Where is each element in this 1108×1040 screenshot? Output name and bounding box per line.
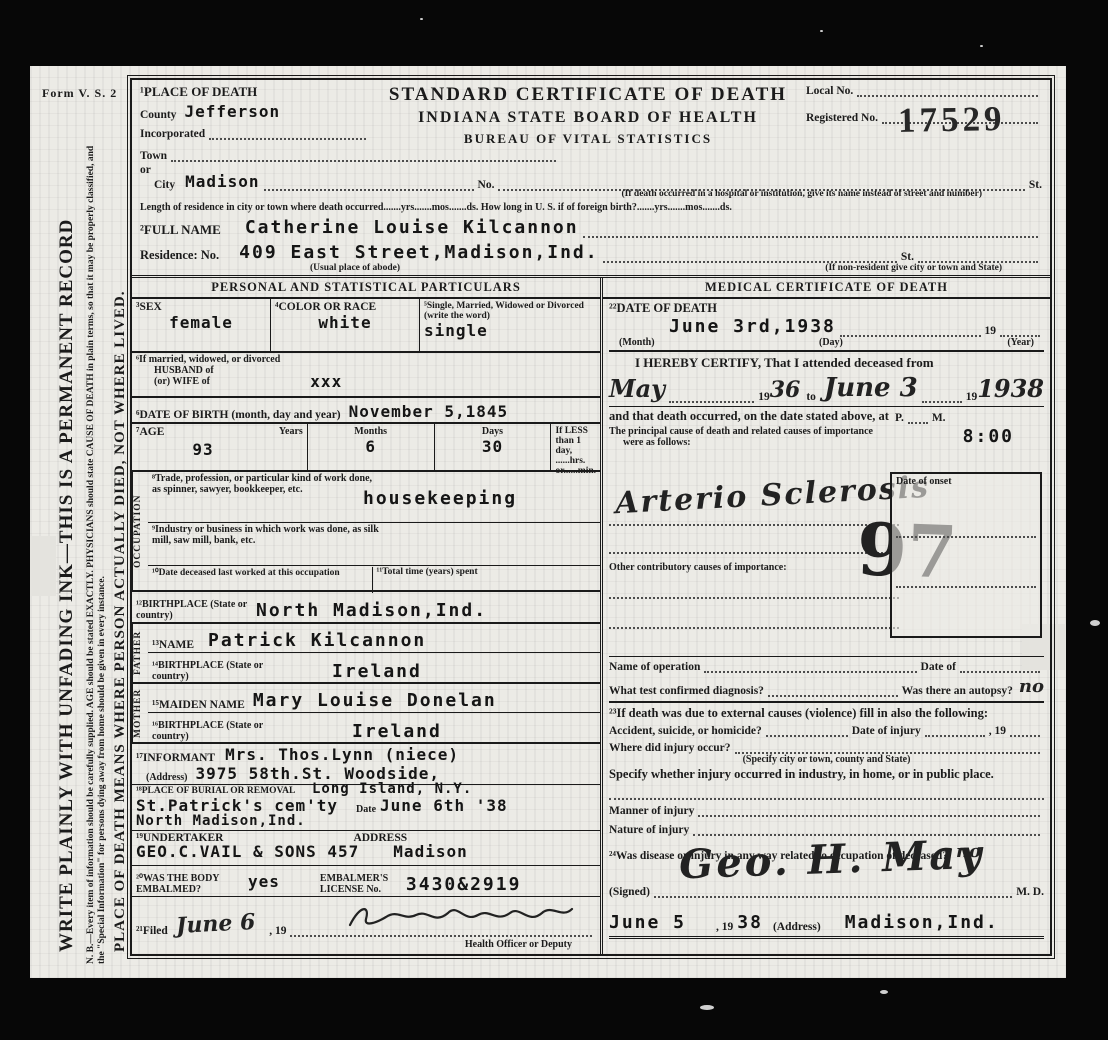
- dotted-leader: [840, 324, 981, 337]
- dotted-leader: [925, 725, 985, 738]
- health-officer-signature: [346, 899, 576, 933]
- color-label: ⁴COLOR OR RACE: [275, 301, 415, 313]
- informant-label: ¹⁷INFORMANT: [136, 752, 215, 764]
- months-label: Months: [312, 426, 430, 437]
- certify-text: I HEREBY CERTIFY, That I attended deceas…: [609, 355, 1044, 371]
- industry-label: ⁹Industry or business in which work was …: [152, 524, 392, 546]
- m-label: M.: [932, 412, 946, 424]
- principal-cause-label1: The principal cause of death and related…: [609, 426, 873, 437]
- scan-speck: [980, 45, 983, 47]
- nonresident-note: (If non-resident give city or town and S…: [825, 263, 1002, 273]
- health-officer-label: Health Officer or Deputy: [136, 939, 572, 950]
- local-no-label: Local No.: [806, 85, 853, 97]
- filed-19-preprint: , 19: [269, 925, 286, 937]
- embalmer-license-label: EMBALMER'S LICENSE No.: [320, 873, 406, 895]
- dotted-leader: [1000, 324, 1040, 337]
- date-of-onset-box: Date of onset: [890, 472, 1042, 638]
- embalmed-value: yes: [248, 872, 280, 891]
- scan-speck: [420, 18, 423, 20]
- month-label: (Month): [619, 337, 655, 348]
- father-name-value: Patrick Kilcannon: [208, 630, 426, 651]
- dotted-leader: [908, 411, 928, 424]
- margin-warning-line1: WRITE PLAINLY WITH UNFADING INK—THIS IS …: [56, 219, 78, 952]
- form-number: Form V. S. 2: [42, 86, 117, 101]
- marital-value: single: [424, 321, 596, 340]
- place-of-death-label: ¹PLACE OF DEATH: [140, 84, 370, 100]
- where-injury-note: (Specify city or town, county and State): [609, 754, 1044, 765]
- st-label: St.: [1029, 179, 1042, 191]
- husband-label2: HUSBAND of: [154, 365, 280, 376]
- county-label: County: [140, 109, 176, 121]
- informant-address-label: (Address): [146, 772, 187, 783]
- date-of-death-value: June 3rd,1938: [669, 316, 836, 337]
- day-label: (Day): [819, 337, 843, 348]
- autopsy-label: Was there an autopsy?: [902, 685, 1013, 697]
- dotted-leader: [603, 250, 897, 263]
- undertaker-value: GEO.C.VAIL & SONS 457: [136, 842, 359, 861]
- date-of-onset-label: Date of onset: [892, 474, 1040, 489]
- attended-from-hand: May: [609, 374, 665, 403]
- paper-edge-notch: [30, 536, 56, 596]
- nature-of-injury-label: Nature of injury: [609, 824, 689, 836]
- autopsy-hand: no: [1019, 676, 1044, 697]
- personal-title: PERSONAL AND STATISTICAL PARTICULARS: [132, 278, 600, 299]
- last-worked-label: ¹⁰Date deceased last worked at this occu…: [152, 567, 373, 593]
- father-birthplace-label: ¹⁴BIRTHPLACE (State or country): [152, 660, 272, 682]
- to-label: to: [806, 391, 816, 403]
- days-label: Days: [439, 426, 547, 437]
- dob-label: ⁶DATE OF BIRTH (month, day and year): [136, 409, 341, 421]
- bureau-title: BUREAU OF VITAL STATISTICS: [370, 131, 806, 147]
- year-label: (Year): [1007, 337, 1034, 348]
- informant-value: Mrs. Thos.Lynn (niece): [225, 745, 459, 764]
- embalmer-license-value: 3430&2919: [406, 874, 522, 895]
- embalmed-label: ²⁰WAS THE BODY EMBALMED?: [136, 873, 232, 895]
- color-value: white: [275, 313, 415, 332]
- form-header: ¹PLACE OF DEATH County Jefferson Incorpo…: [132, 80, 1050, 275]
- address-label: (Address): [773, 921, 821, 933]
- marital-label: ⁵Single, Married, Widowed or Divorced (w…: [424, 301, 596, 321]
- dotted-leader: [960, 660, 1040, 673]
- manner-of-injury-label: Manner of injury: [609, 805, 694, 817]
- dotted-leader: [735, 741, 1041, 754]
- accident-label: Accident, suicide, or homicide?: [609, 725, 762, 737]
- mother-name-value: Mary Louise Donelan: [253, 690, 497, 711]
- physician-signature-hand: Geo. H. May: [678, 830, 985, 888]
- dotted-leader: [209, 127, 366, 140]
- signed-label: (Signed): [609, 886, 650, 898]
- physician-signature-area: Geo. H. May (Signed) M. D.: [609, 862, 1044, 912]
- certificate-title: STANDARD CERTIFICATE OF DEATH: [370, 84, 806, 106]
- dob-value: November 5,1845: [349, 402, 509, 421]
- undertaker-address-value: Madison: [393, 842, 467, 861]
- dotted-leader: [609, 786, 1044, 800]
- md-label: M. D.: [1016, 886, 1044, 898]
- date-of-death-label: ²²DATE OF DEATH: [609, 301, 1044, 316]
- street-no-label: No.: [478, 179, 495, 191]
- date-of-label: Date of: [921, 661, 956, 673]
- birthplace-value: North Madison,Ind.: [256, 600, 487, 621]
- dotted-leader: [918, 250, 1038, 263]
- test-label: What test confirmed diagnosis?: [609, 685, 764, 697]
- principal-cause-label2: were as follows:: [623, 437, 873, 448]
- injury-date-label: Date of injury: [852, 725, 921, 737]
- dotted-leader: [768, 684, 898, 697]
- or-label: or: [140, 164, 151, 176]
- margin-warning-line2: N. B.—Every item of information should b…: [86, 134, 108, 964]
- if-less-label: If LESS than 1 day, ......hrs. or......m…: [555, 426, 596, 476]
- burial-value-line2: North Madison,Ind.: [136, 813, 596, 829]
- from-year-hand: 36: [770, 377, 801, 403]
- occupation-side-label: OCCUPATION: [132, 472, 148, 590]
- scan-speck: [820, 30, 823, 32]
- occurred-text: and that death occurred, on the date sta…: [609, 409, 889, 424]
- external-causes-label: ²³If death was due to external causes (v…: [609, 703, 1044, 721]
- husband-label: ⁶If married, widowed, or divorced: [136, 354, 280, 365]
- dotted-leader: [583, 225, 1038, 238]
- husband-value: xxx: [310, 372, 342, 395]
- dotted-leader: [922, 390, 962, 403]
- residence-length-line: Length of residence in city or town wher…: [140, 202, 1042, 213]
- attended-to-hand: June 3: [824, 373, 918, 403]
- informant-address-value2: Long Island, N.Y.: [312, 781, 472, 797]
- pre-19a: 19: [758, 391, 770, 403]
- residence-value: 409 East Street,Madison,Ind.: [239, 242, 598, 263]
- dotted-leader: [669, 390, 754, 403]
- father-side-label: FATHER: [132, 624, 148, 682]
- dotted-leader: [264, 178, 474, 191]
- scan-speck: [700, 1005, 714, 1010]
- trade-value: housekeeping: [363, 488, 517, 509]
- mother-name-label: ¹⁵MAIDEN NAME: [152, 699, 245, 711]
- dotted-leader: [698, 804, 1040, 817]
- age-years-value: 93: [192, 440, 213, 468]
- dotted-leader: [766, 725, 848, 738]
- dotted-leader: [857, 84, 1038, 97]
- certificate-form: ¹PLACE OF DEATH County Jefferson Incorpo…: [130, 78, 1052, 956]
- pre-19b: 19: [966, 391, 978, 403]
- county-value: Jefferson: [184, 102, 280, 121]
- mother-birthplace-value: Ireland: [352, 721, 442, 742]
- full-name-value: Catherine Louise Kilcannon: [245, 217, 579, 238]
- residence-label: Residence: No.: [140, 248, 219, 263]
- years-label: Years: [279, 426, 303, 468]
- husband-label3: (or) WIFE of: [154, 376, 280, 387]
- city-value: Madison: [185, 172, 259, 191]
- burial-date-label: Date: [356, 804, 376, 815]
- to-year-hand: 1938: [977, 374, 1044, 403]
- signed-address-value: Madison,Ind.: [845, 912, 999, 933]
- filed-label: ²¹Filed: [136, 925, 168, 937]
- where-injury-label: Where did injury occur?: [609, 742, 731, 754]
- dotted-leader: [1010, 725, 1040, 738]
- sex-value: female: [136, 313, 266, 332]
- scan-speck: [1090, 620, 1100, 626]
- operation-label: Name of operation: [609, 661, 700, 673]
- total-time-label: ¹¹Total time (years) spent: [373, 567, 597, 593]
- age-days-value: 30: [439, 437, 547, 456]
- father-name-label: ¹³NAME: [152, 639, 194, 651]
- birthplace-label: ¹²BIRTHPLACE (State or country): [136, 599, 256, 621]
- signed-year-value: 38: [737, 912, 763, 933]
- dotted-leader: [704, 660, 916, 673]
- residence-st-label: St.: [901, 251, 914, 263]
- mother-side-label: MOTHER: [132, 684, 148, 742]
- city-label: City: [154, 179, 175, 191]
- dotted-leader: [654, 885, 1012, 898]
- board-title: INDIANA STATE BOARD OF HEALTH: [370, 109, 806, 127]
- cause-of-death-area: Arterio Sclerosis Other contributory cau…: [609, 448, 1044, 657]
- scan-speck: [880, 990, 888, 994]
- sex-label: ³SEX: [136, 301, 266, 313]
- town-label: Town: [140, 150, 167, 162]
- time-of-death-value: 8:00: [963, 426, 1014, 448]
- certificate-paper: Form V. S. 2 WRITE PLAINLY WITH UNFADING…: [30, 66, 1066, 978]
- registered-number-stamp: 17529: [898, 99, 1006, 141]
- full-name-label: ²FULL NAME: [140, 222, 221, 238]
- age-months-value: 6: [312, 437, 430, 456]
- age-label: ⁷AGE: [136, 426, 164, 468]
- registered-no-label: Registered No.: [806, 112, 878, 124]
- margin-warning-line3: PLACE OF DEATH MEANS WHERE PERSON ACTUAL…: [112, 291, 129, 953]
- medical-section: MEDICAL CERTIFICATE OF DEATH ²²DATE OF D…: [603, 278, 1050, 954]
- dotted-leader: [171, 149, 556, 162]
- abode-note: (Usual place of abode): [310, 263, 400, 273]
- burial-date-value: June 6th '38: [380, 796, 508, 815]
- father-birthplace-value: Ireland: [332, 661, 422, 682]
- pm-label: P.: [895, 412, 904, 424]
- personal-section: PERSONAL AND STATISTICAL PARTICULARS ³SE…: [132, 278, 603, 954]
- specify-injury-label: Specify whether injury occurred in indus…: [609, 765, 1044, 782]
- mother-birthplace-label: ¹⁶BIRTHPLACE (State or country): [152, 720, 272, 742]
- dod-19-preprint: 19: [985, 325, 997, 337]
- medical-title: MEDICAL CERTIFICATE OF DEATH: [603, 278, 1050, 299]
- filed-date-hand: June 6: [175, 909, 256, 939]
- signed-19-preprint: , 19: [716, 921, 733, 933]
- incorporated-label: Incorporated: [140, 128, 205, 140]
- signed-date-value: June 5: [609, 912, 686, 933]
- injury-19: , 19: [989, 725, 1006, 737]
- trade-label: ⁸Trade, profession, or particular kind o…: [152, 473, 382, 495]
